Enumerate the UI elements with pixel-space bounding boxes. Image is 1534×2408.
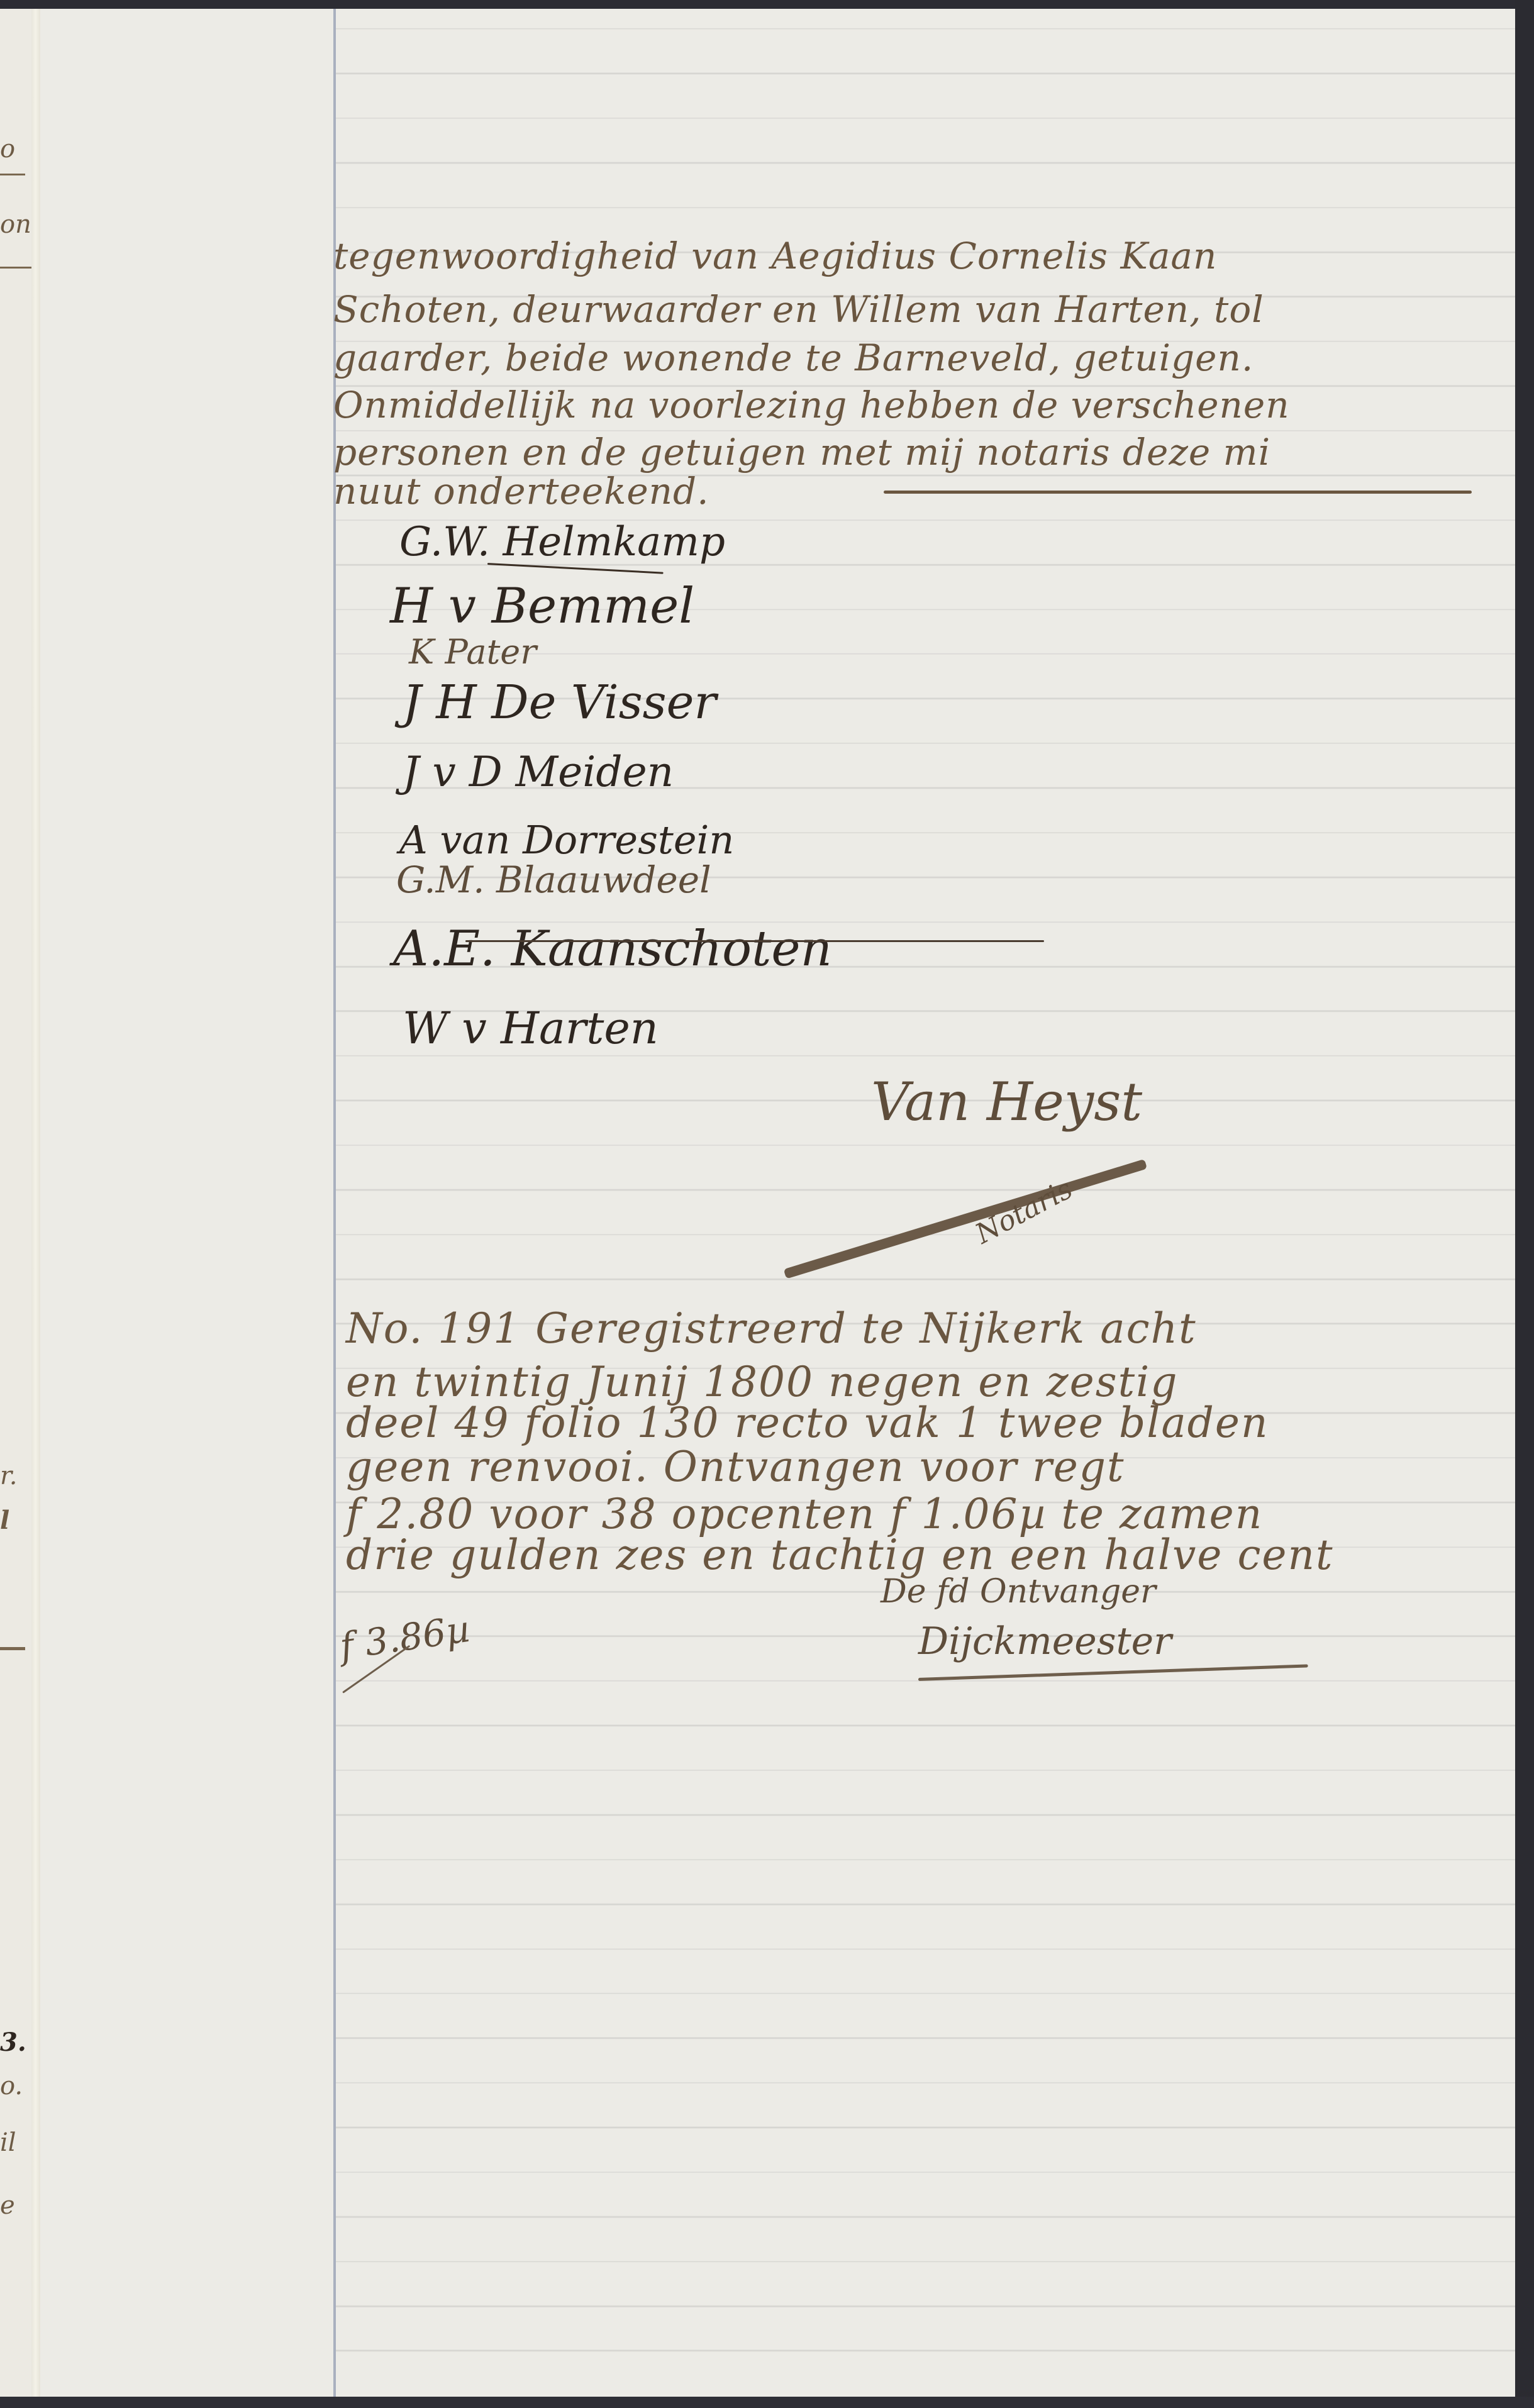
closing-underline — [884, 491, 1472, 494]
fragment-rule — [0, 1647, 25, 1650]
fragment-mark: e — [0, 2191, 15, 2220]
signature: G.M. Blaauwdeel — [396, 862, 711, 898]
body-line: Schoten, deurwaarder en Willem van Harte… — [333, 291, 1484, 328]
fragment-rule — [0, 174, 25, 175]
signature: H v Bemmel — [390, 582, 694, 631]
body-line: tegenwoordigheid van Aegidius Cornelis K… — [333, 238, 1484, 274]
fragment-mark: o. — [0, 2072, 23, 2100]
registration-line: drie gulden zes en tachtig en een halve … — [346, 1534, 1497, 1576]
scan-border-right — [1515, 0, 1534, 2408]
body-line: personen en de getuigen met mij notaris … — [333, 434, 1484, 470]
fragment-rule — [0, 267, 31, 269]
fragment-mark: on — [0, 210, 31, 239]
page-fold — [31, 9, 40, 2397]
registration-line: en twintig Junij 1800 negen en zestig — [346, 1362, 1497, 1403]
scan-border-bottom — [0, 2397, 1534, 2408]
signature: J H De Visser — [403, 679, 716, 726]
body-line: Onmiddellijk na voorlezing hebben de ver… — [333, 387, 1484, 423]
signature: A van Dorrestein — [399, 821, 734, 860]
registration-line: deel 49 folio 130 recto vak 1 twee blade… — [346, 1402, 1497, 1444]
body-line: gaarder, beide wonende te Barneveld, get… — [333, 340, 1484, 376]
registration-line: f 2.80 voor 38 opcenten f 1.06µ te zamen — [346, 1494, 1497, 1535]
receiver-signature: Dijckmeester — [918, 1623, 1172, 1660]
fragment-mark: r. — [0, 1462, 17, 1490]
signature: J v D Meiden — [403, 752, 674, 793]
notary-signature: Van Heyst — [871, 1075, 1142, 1128]
registration-line: No. 191 Geregistreerd te Nijkerk acht — [346, 1308, 1497, 1350]
fragment-mark: il — [0, 2128, 16, 2157]
signature-flourish — [465, 940, 1044, 942]
signature: A.E. Kaanschoten — [393, 924, 832, 974]
fragment-mark: 3. — [0, 2028, 26, 2057]
signature: W v Harten — [403, 1006, 659, 1050]
signature: G.W. Helmkamp — [399, 522, 725, 562]
fragment-mark: l — [0, 1506, 9, 1535]
fragment-mark: o — [0, 135, 15, 164]
registration-line: geen renvooi. Ontvangen voor regt — [346, 1446, 1497, 1488]
signature: K Pater — [409, 635, 536, 669]
receiver-title: De fd Ontvanger — [881, 1575, 1156, 1608]
scan-border-top — [0, 0, 1534, 9]
